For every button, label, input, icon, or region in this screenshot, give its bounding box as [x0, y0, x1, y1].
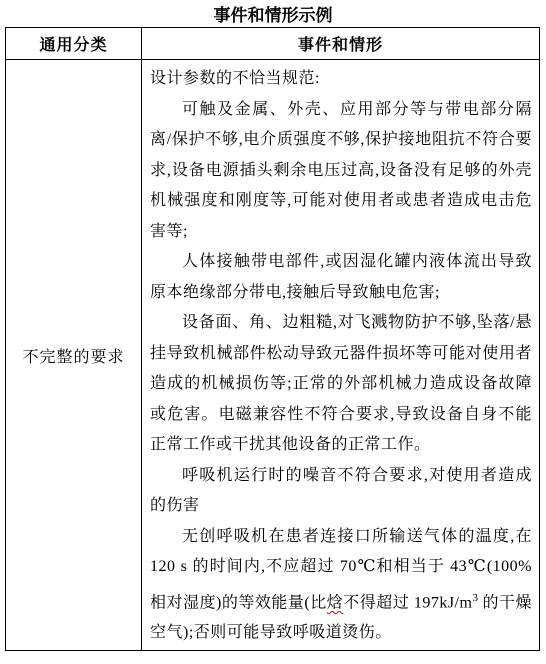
- paragraph-text: 设计参数的不恰当规范:: [150, 70, 320, 87]
- paragraph-text: 设备面、角、边粗糙,对飞溅物防护不够,坠落/悬挂导致机械部件松动导致元器件损坏等…: [150, 314, 532, 453]
- paragraph: 呼吸机运行时的噪音不符合要求,对使用者造成的伤害: [150, 461, 532, 522]
- events-cell: 设计参数的不恰当规范:可触及金属、外壳、应用部分等与带电部分隔离/保护不够,电介…: [142, 60, 540, 651]
- document-page: 事件和情形示例 通用分类 事件和情形 不完整的要求 设计参数的不恰当规范:可触及…: [0, 0, 546, 664]
- page-title: 事件和情形示例: [0, 0, 546, 27]
- table-header-row: 通用分类 事件和情形: [6, 28, 540, 60]
- events-table: 通用分类 事件和情形 不完整的要求 设计参数的不恰当规范:可触及金属、外壳、应用…: [5, 27, 540, 651]
- events-paragraphs: 设计参数的不恰当规范:可触及金属、外壳、应用部分等与带电部分隔离/保护不够,电介…: [142, 60, 539, 650]
- paragraph-text: 人体接触带电部件,或因湿化罐内液体流出导致原本绝缘部分带电,接触后导致触电危害;: [150, 253, 532, 301]
- column-header-events: 事件和情形: [142, 28, 540, 60]
- category-cell: 不完整的要求: [6, 60, 142, 651]
- paragraph: 设备面、角、边粗糙,对飞溅物防护不够,坠落/悬挂导致机械部件松动导致元器件损坏等…: [150, 308, 532, 461]
- paragraph: 无创呼吸机在患者连接口所输送气体的温度,在 120 s 的时间内,不应超过 70…: [150, 522, 532, 649]
- paragraph-text: 可触及金属、外壳、应用部分等与带电部分隔离/保护不够,电介质强度不够,保护接地阻…: [150, 101, 532, 240]
- paragraph: 可触及金属、外壳、应用部分等与带电部分隔离/保护不够,电介质强度不够,保护接地阻…: [150, 95, 532, 248]
- paragraph: 设计参数的不恰当规范:: [150, 64, 532, 95]
- paragraph: 人体接触带电部件,或因湿化罐内液体流出导致原本绝缘部分带电,接触后导致触电危害;: [150, 247, 532, 308]
- spellcheck-word: 焓: [327, 594, 344, 611]
- paragraph-text: 不得超过 197kJ/m: [343, 594, 472, 611]
- paragraph-text: 呼吸机运行时的噪音不符合要求,对使用者造成的伤害: [150, 467, 532, 515]
- table-row: 不完整的要求 设计参数的不恰当规范:可触及金属、外壳、应用部分等与带电部分隔离/…: [6, 60, 540, 651]
- column-header-general-category: 通用分类: [6, 28, 142, 60]
